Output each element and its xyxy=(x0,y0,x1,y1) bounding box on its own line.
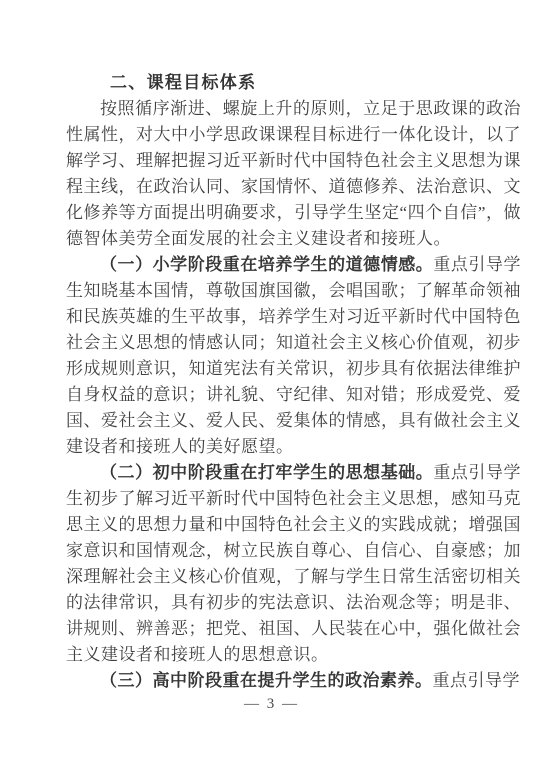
paragraph: （二）初中阶段重在打牢学生的思想基础。重点引导学生初步了解习近平新时代中国特色社… xyxy=(66,460,521,668)
paragraph: （三）高中阶段重在提升学生的政治素养。重点引导学 xyxy=(66,668,521,694)
paragraph-lead: （二）初中阶段重在打牢学生的思想基础。 xyxy=(100,463,433,482)
document-page: 二、课程目标体系 按照循序渐进、螺旋上升的原则，立足于思政课的政治性属性，对大中… xyxy=(0,0,543,768)
page-number: — 3 — xyxy=(0,694,543,714)
section-heading: 二、课程目标体系 xyxy=(66,70,521,96)
paragraph: 按照循序渐进、螺旋上升的原则，立足于思政课的政治性属性，对大中小学思政课课程目标… xyxy=(66,96,521,252)
paragraphs: 按照循序渐进、螺旋上升的原则，立足于思政课的政治性属性，对大中小学思政课课程目标… xyxy=(66,96,521,694)
document-content: 二、课程目标体系 按照循序渐进、螺旋上升的原则，立足于思政课的政治性属性，对大中… xyxy=(66,70,521,694)
paragraph-lead: （三）高中阶段重在提升学生的政治素养。 xyxy=(100,671,433,690)
paragraph-lead: （一）小学阶段重在培养学生的道德情感。 xyxy=(100,255,433,274)
paragraph: （一）小学阶段重在培养学生的道德情感。重点引导学生知晓基本国情，尊敬国旗国徽，会… xyxy=(66,252,521,460)
